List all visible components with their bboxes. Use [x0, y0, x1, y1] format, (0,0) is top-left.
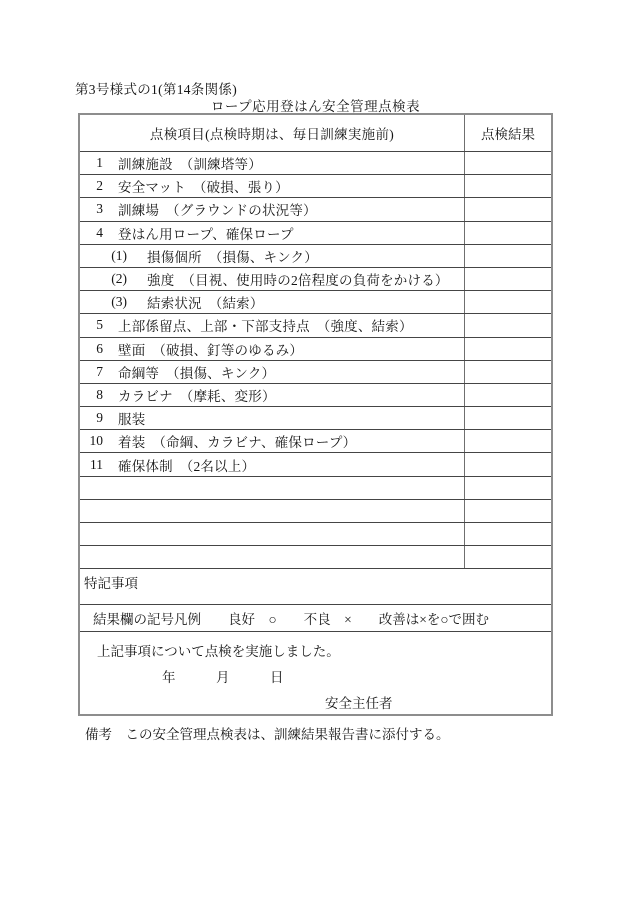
row-number: 2: [80, 178, 103, 194]
table-row: [80, 546, 551, 569]
signature-section: 上記事項について点検を実施しました。 年 月 日 安全主任者: [80, 632, 551, 714]
inspection-table: 点検項目(点検時期は、毎日訓練実施前) 点検結果 1訓練施設 （訓練塔等） 2安…: [78, 113, 553, 716]
table-row: 9服装: [80, 407, 551, 430]
signer-label: 安全主任者: [80, 692, 551, 712]
result-cell: [464, 198, 551, 220]
result-cell: [464, 546, 551, 568]
item-cell: 1訓練施設 （訓練塔等）: [80, 152, 464, 174]
row-label: カラビナ （摩耗、変形）: [118, 385, 276, 405]
item-cell: [80, 477, 464, 499]
table-row: 11確保体制 （2名以上）: [80, 453, 551, 476]
item-cell: 11確保体制 （2名以上）: [80, 453, 464, 475]
row-number: (1): [80, 248, 127, 264]
table-row: 3訓練場 （グラウンドの状況等）: [80, 198, 551, 221]
table-row: 2安全マット （破損、張り）: [80, 175, 551, 198]
table-row: (3)結索状況 （結索）: [80, 291, 551, 314]
row-label: 着装 （命綱、カラビナ、確保ロープ）: [118, 431, 356, 451]
row-label: 服装: [118, 408, 145, 428]
row-label: 訓練場 （グラウンドの状況等）: [118, 199, 317, 219]
result-column-header: 点検結果: [464, 115, 551, 151]
item-cell: 10着装 （命綱、カラビナ、確保ロープ）: [80, 430, 464, 452]
result-cell: [464, 338, 551, 360]
row-label: 安全マット （破損、張り）: [118, 176, 289, 196]
row-number: 1: [80, 155, 103, 171]
row-label: 訓練施設 （訓練塔等）: [118, 153, 262, 173]
result-cell: [464, 430, 551, 452]
result-cell: [464, 222, 551, 244]
item-column-header: 点検項目(点検時期は、毎日訓練実施前): [80, 115, 464, 151]
item-cell: 7命綱等 （損傷、キンク）: [80, 361, 464, 383]
row-number: 3: [80, 201, 103, 217]
table-row: [80, 477, 551, 500]
item-cell: 9服装: [80, 407, 464, 429]
result-cell: [464, 314, 551, 336]
row-number: 6: [80, 341, 103, 357]
row-number: 8: [80, 387, 103, 403]
table-row: 1訓練施設 （訓練塔等）: [80, 152, 551, 175]
declaration-text: 上記事項について点検を実施しました。: [80, 640, 551, 660]
row-label: 損傷個所 （損傷、キンク）: [147, 246, 318, 266]
row-number: 9: [80, 410, 103, 426]
result-cell: [464, 477, 551, 499]
row-number: (3): [80, 294, 127, 310]
item-cell: [80, 500, 464, 522]
item-cell: 4登はん用ロープ、確保ロープ: [80, 222, 464, 244]
result-cell: [464, 152, 551, 174]
item-cell: 6壁面 （破損、釘等のゆるみ）: [80, 338, 464, 360]
table-row: (1)損傷個所 （損傷、キンク）: [80, 245, 551, 268]
table-row: 10着装 （命綱、カラビナ、確保ロープ）: [80, 430, 551, 453]
row-label: 登はん用ロープ、確保ロープ: [118, 223, 294, 243]
item-cell: [80, 523, 464, 545]
date-line: 年 月 日: [80, 666, 551, 686]
item-cell: [80, 546, 464, 568]
result-cell: [464, 453, 551, 475]
table-row: [80, 500, 551, 523]
row-number: 11: [80, 457, 103, 473]
result-cell: [464, 500, 551, 522]
special-notes-label: 特記事項: [84, 576, 138, 591]
item-cell: 2安全マット （破損、張り）: [80, 175, 464, 197]
remark-note: 備考 この安全管理点検表は、訓練結果報告書に添付する。: [85, 723, 450, 743]
table-row: 4登はん用ロープ、確保ロープ: [80, 222, 551, 245]
item-cell: 8カラビナ （摩耗、変形）: [80, 384, 464, 406]
row-label: 確保体制 （2名以上）: [118, 455, 255, 475]
result-cell: [464, 523, 551, 545]
row-number: 10: [80, 433, 103, 449]
result-cell: [464, 245, 551, 267]
item-cell: 3訓練場 （グラウンドの状況等）: [80, 198, 464, 220]
table-row: (2)強度 （目視、使用時の2倍程度の負荷をかける）: [80, 268, 551, 291]
special-notes-section: 特記事項: [80, 569, 551, 605]
row-number: 5: [80, 317, 103, 333]
row-label: 上部係留点、上部・下部支持点 （強度、結索）: [118, 315, 413, 335]
row-label: 結索状況 （結索）: [147, 292, 264, 312]
row-label: 強度 （目視、使用時の2倍程度の負荷をかける）: [147, 269, 449, 289]
item-cell: (2)強度 （目視、使用時の2倍程度の負荷をかける）: [80, 268, 464, 290]
page-title: ロープ応用登はん安全管理点検表: [78, 95, 553, 115]
row-label: 命綱等 （損傷、キンク）: [118, 362, 275, 382]
item-cell: (1)損傷個所 （損傷、キンク）: [80, 245, 464, 267]
result-cell: [464, 291, 551, 313]
table-row: 7命綱等 （損傷、キンク）: [80, 361, 551, 384]
row-number: 4: [80, 225, 103, 241]
row-label: 壁面 （破損、釘等のゆるみ）: [118, 339, 303, 359]
result-cell: [464, 175, 551, 197]
result-cell: [464, 361, 551, 383]
item-cell: (3)結索状況 （結索）: [80, 291, 464, 313]
legend-row: 結果欄の記号凡例 良好 ○ 不良 × 改善は×を○で囲む: [80, 605, 551, 632]
table-row: 5上部係留点、上部・下部支持点 （強度、結索）: [80, 314, 551, 337]
result-cell: [464, 384, 551, 406]
table-row: [80, 523, 551, 546]
legend-text: 結果欄の記号凡例 良好 ○ 不良 × 改善は×を○で囲む: [93, 608, 489, 628]
result-cell: [464, 407, 551, 429]
row-number: (2): [80, 271, 127, 287]
table-header-row: 点検項目(点検時期は、毎日訓練実施前) 点検結果: [80, 115, 551, 152]
document-page: 第3号様式の1(第14条関係) ロープ応用登はん安全管理点検表 点検項目(点検時…: [0, 0, 630, 903]
row-number: 7: [80, 364, 103, 380]
table-row: 8カラビナ （摩耗、変形）: [80, 384, 551, 407]
result-cell: [464, 268, 551, 290]
item-cell: 5上部係留点、上部・下部支持点 （強度、結索）: [80, 314, 464, 336]
table-row: 6壁面 （破損、釘等のゆるみ）: [80, 338, 551, 361]
